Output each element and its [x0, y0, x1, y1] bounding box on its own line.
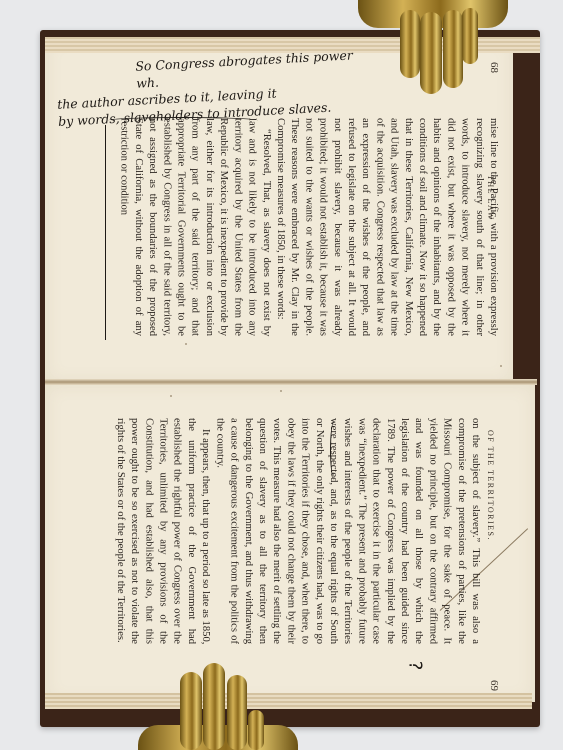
- upper-page-text: mise line to the Pacific, with a provisi…: [108, 118, 500, 336]
- brass-finger-icon: [462, 8, 478, 64]
- brass-finger-icon: [443, 10, 463, 88]
- brass-finger-icon: [227, 675, 247, 750]
- question-mark-annotation: ?: [404, 661, 425, 671]
- brass-finger-icon: [180, 672, 202, 750]
- lower-page-text: on the subject of slavery.” This bill wa…: [112, 418, 482, 644]
- margin-bracket-lower: [330, 420, 339, 480]
- foxing-spot: [170, 395, 172, 397]
- foxing-spot: [500, 365, 502, 367]
- paragraph-resolution: “Resolved, That, as slavery does not exi…: [117, 118, 273, 336]
- page-edges-bottom: [45, 693, 532, 709]
- handwritten-underline: [108, 117, 258, 124]
- margin-bracket-upper: [105, 125, 114, 340]
- running-head-lower: OF THE TERRITORIES.: [486, 430, 495, 541]
- paragraph: mise line to the Pacific, with a provisi…: [273, 118, 500, 336]
- brass-finger-icon: [420, 12, 442, 94]
- brass-finger-icon: [203, 663, 225, 750]
- brass-finger-icon: [248, 710, 264, 750]
- book-gutter: [45, 379, 537, 385]
- page-number-68: 68: [488, 62, 500, 73]
- foxing-spot: [280, 390, 282, 392]
- foxing-spot: [185, 343, 187, 345]
- paragraph: It appears, then, that up to a period so…: [113, 418, 212, 644]
- page-number-69: 69: [488, 680, 500, 691]
- paragraph: on the subject of slavery.” This bill wa…: [212, 418, 482, 644]
- brass-finger-icon: [400, 10, 420, 78]
